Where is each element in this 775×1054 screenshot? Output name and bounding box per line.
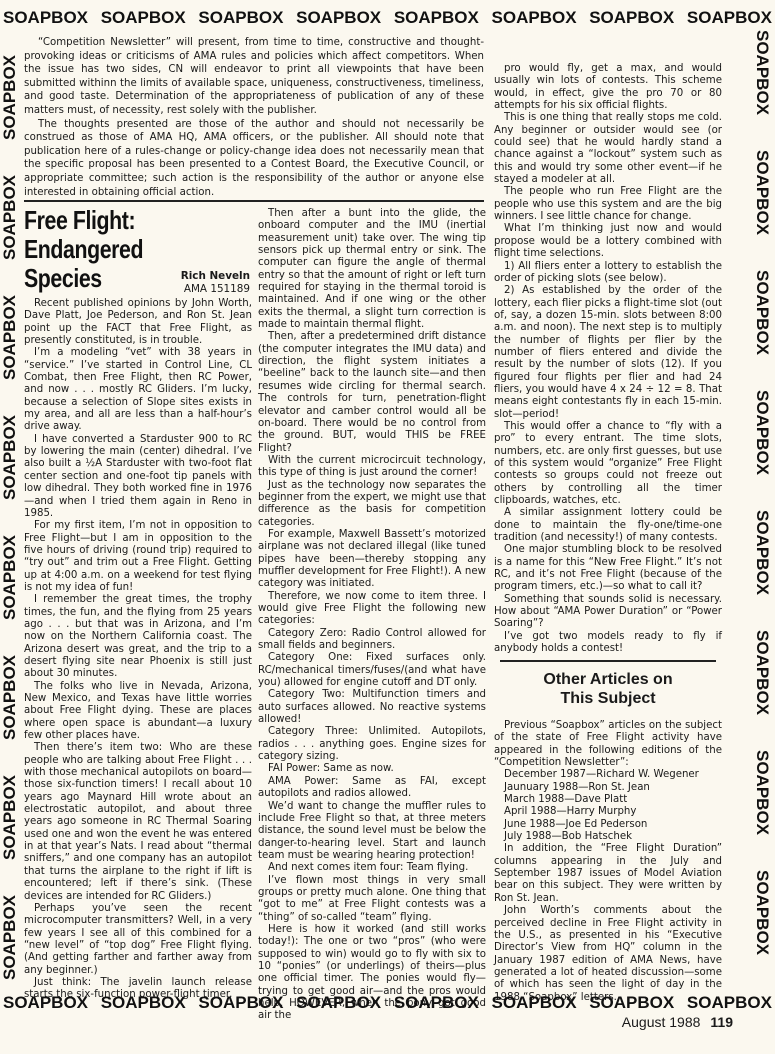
article-paragraph: Then after a bunt into the glide, the on… [258,208,486,331]
article-paragraph: I have converted a Starduster 900 to RC … [24,434,252,520]
banner-word: SOAPBOX [492,993,577,1013]
article-paragraph: Category Three: Unlimited. Autopilots, r… [258,726,486,763]
article-paragraph: What I’m thinking just now and would pro… [494,223,722,260]
article-paragraph: Then, after a predetermined drift distan… [258,331,486,454]
article-paragraph: Category Zero: Radio Control allowed for… [258,628,486,653]
article-paragraph: Recent published opinions by John Worth,… [24,298,252,347]
banner-word: SOAPBOX [296,993,381,1013]
article-paragraph: A similar assignment lottery could be do… [494,507,722,544]
disclaimer-paragraph: “Competition Newsletter” will present, f… [24,36,484,118]
magazine-page: SOAPBOX SOAPBOX SOAPBOX SOAPBOX SOAPBOX … [0,0,775,1054]
banner-word: SOAPBOX [394,993,479,1013]
article-paragraph: Then there’s item two: Who are these peo… [24,742,252,902]
sidebar-paragraph: Previous “Soapbox” articles on the subje… [494,720,722,769]
sidebar-paragraph: In addition, the “Free Flight Duration” … [494,843,722,905]
article-paragraph: pro would fly, get a max, and would usua… [494,63,722,112]
article-paragraph: With the current microcircuit technology… [258,455,486,480]
article-paragraph: Perhaps you’ve seen the recent microcomp… [24,903,252,977]
sidebar-title: Other Articles on This Subject [494,670,722,708]
page-footer: August 1988119 [622,1014,733,1030]
sidebar-list-item: April 1988—Harry Murphy [494,806,722,818]
banner-word: SOAPBOX [296,8,381,28]
article-paragraph: And next comes item four: Team flying. [258,862,486,874]
sidebar-list-item: July 1988—Bob Hatschek [494,831,722,843]
banner-word: SOAPBOX [101,8,186,28]
soapbox-banner-bottom: SOAPBOX SOAPBOX SOAPBOX SOAPBOX SOAPBOX … [0,993,775,1013]
banner-word: SOAPBOX [589,993,674,1013]
section-divider [24,200,484,202]
author-ama-number: AMA 151189 [24,283,250,296]
article-column-3: pro would fly, get a max, and would usua… [494,63,722,656]
banner-word: SOAPBOX [101,993,186,1013]
article-paragraph: 1) All fliers enter a lottery to establi… [494,261,722,286]
sidebar-divider [500,660,716,662]
article-paragraph: For example, Maxwell Bassett’s motorized… [258,529,486,591]
banner-word: SOAPBOX [3,8,88,28]
article-paragraph: I’ve flown most things in very small gro… [258,875,486,924]
article-paragraph: FAI Power: Same as now. [258,763,486,775]
banner-word: SOAPBOX [687,8,772,28]
banner-word: SOAPBOX [652,30,772,50]
soapbox-banner-left: SOAPBOX SOAPBOX SOAPBOX SOAPBOX SOAPBOX … [0,30,20,990]
article-paragraph: Category One: Fixed surfaces only. RC/me… [258,652,486,689]
article-paragraph: Category Two: Multifunction timers and a… [258,689,486,726]
sidebar-list-item: June 1988—Joe Ed Pederson [494,819,722,831]
author-name: Rich Neveln [24,270,250,283]
sidebar-list-item: Jaunuary 1988—Ron St. Jean [494,782,722,794]
issue-date: August 1988 [622,1014,701,1030]
sidebar-list-item: March 1988—Dave Platt [494,794,722,806]
banner-word: SOAPBOX [198,8,283,28]
banner-word: SOAPBOX [589,8,674,28]
banner-word: SOAPBOX [3,993,88,1013]
article-paragraph: This is one thing that really stops me c… [494,112,722,186]
article-byline: Rich Neveln AMA 151189 [24,270,250,296]
banner-word: SOAPBOX [492,8,577,28]
banner-word: SOAPBOX [394,8,479,28]
article-paragraph: One major stumbling block to be resolved… [494,544,722,593]
article-paragraph: The folks who live in Nevada, Arizona, N… [24,681,252,743]
article-paragraph: I remember the great times, the trophy t… [24,594,252,680]
article-column-2: Then after a bunt into the glide, the on… [258,208,486,1023]
disclaimer-paragraph: The thoughts presented are those of the … [24,118,484,200]
article-paragraph: This would offer a chance to “fly with a… [494,421,722,507]
soapbox-banner-top: SOAPBOX SOAPBOX SOAPBOX SOAPBOX SOAPBOX … [0,8,775,28]
article-paragraph: For my first item, I’m not in opposition… [24,520,252,594]
editorial-disclaimer: “Competition Newsletter” will present, f… [24,36,484,199]
sidebar-paragraph: John Worth’s comments about the perceive… [494,905,722,1004]
sidebar-list-item: December 1987—Richard W. Wegener [494,769,722,781]
article-paragraph: AMA Power: Same as FAI, except autopilot… [258,776,486,801]
article-column-1: Recent published opinions by John Worth,… [24,298,252,1002]
article-paragraph: Just as the technology now separates the… [258,480,486,529]
sidebar-other-articles: Previous “Soapbox” articles on the subje… [494,720,722,1004]
banner-word: SOAPBOX [198,993,283,1013]
article-paragraph: Something that sounds solid is necessary… [494,594,722,631]
page-number: 119 [710,1014,733,1030]
article-paragraph: I’ve got two models ready to fly if anyb… [494,631,722,656]
article-paragraph: I’m a modeling “vet” with 38 years in “s… [24,347,252,433]
article-paragraph: The people who run Free Flight are the p… [494,186,722,223]
article-paragraph: Therefore, we now come to item three. I … [258,591,486,628]
article-paragraph: We’d want to change the muffler rules to… [258,801,486,863]
article-paragraph: 2) As established by the order of the lo… [494,285,722,421]
soapbox-banner-right: SOAPBOX SOAPBOX SOAPBOX SOAPBOX SOAPBOX … [752,30,772,990]
banner-word: SOAPBOX [687,993,772,1013]
